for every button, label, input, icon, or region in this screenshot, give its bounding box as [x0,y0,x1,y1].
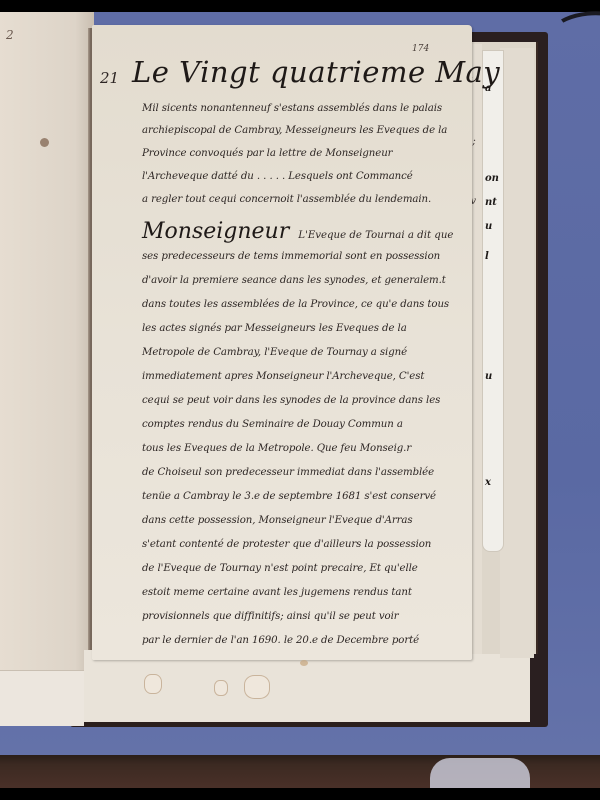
paper-damage [144,674,162,694]
left-page-corner-mark: 2 [6,28,14,42]
strip-fragment: u [485,221,492,232]
intro-line: Mil sicents nonantenneuf s'estans assemb… [142,103,442,114]
body-line: dans cette possession, Monseigneur l'Eve… [142,515,413,526]
stacked-page-right [500,48,534,658]
folio-number-right: 174 [412,44,429,54]
strip-fragment: nt [485,197,497,208]
body-line: tous les Eveques de la Metropole. Que fe… [142,443,411,454]
intro-line: archiepiscopal de Cambray, Messeigneurs … [142,125,447,136]
paper-damage [244,675,270,699]
paper-strip: a on nt u l u x [482,50,504,552]
intro-line: Province convoqués par la lettre de Mons… [142,148,392,159]
body-line: ses predecesseurs de tems immemorial son… [142,251,440,262]
cloth [430,758,530,788]
body-line: par le dernier de l'an 1690. le 20.e de … [142,635,419,646]
body-line: s'etant contenté de protester que d'aill… [142,539,431,550]
body-line: dans toutes les assemblées de la Provinc… [142,299,449,310]
manuscript-page: 21 174 Le Vingt quatrieme May Mil sicent… [92,25,472,660]
section-heading-rest: L'Eveque de Tournai a dit que [298,230,453,241]
strip-fragment: l [485,251,489,262]
foxing-stain [300,660,308,666]
intro-line: a regler tout cequi concernoit l'assembl… [142,194,431,205]
strip-fragment: x [485,477,491,488]
left-page: 2 [0,12,94,702]
paper-damage [214,680,228,696]
body-line: immediatement apres Monseigneur l'Archev… [142,371,424,382]
body-line: cequi se peut voir dans les synodes de l… [142,395,440,406]
strip-fragment: u [485,371,492,382]
left-page-bottom [0,670,90,726]
section-heading-title: Monseigneur [142,219,289,244]
date-heading: Le Vingt quatrieme May [132,55,472,89]
body-line: estoit meme certaine avant les jugemens … [142,587,412,598]
photo-frame-top [0,0,600,12]
body-line: Metropole de Cambray, l'Eveque de Tourna… [142,347,407,358]
body-line: provisionnels que diffinitifs; ainsi qu'… [142,611,399,622]
folio-number-left: 21 [100,69,119,87]
body-line: de l'Eveque de Tournay n'est point preca… [142,563,418,574]
strip-fragment: on [485,173,499,184]
ink-spot [40,138,49,147]
body-line: de Choiseul son predecesseur immediat da… [142,467,434,478]
body-line: tenüe a Cambray le 3.e de septembre 1681… [142,491,436,502]
body-line: comptes rendus du Seminaire de Douay Com… [142,419,403,430]
photo-frame-bottom [0,788,600,800]
section-heading: Monseigneur L'Eveque de Tournai a dit qu… [142,219,453,244]
body-line: d'avoir la premiere seance dans les syno… [142,275,446,286]
intro-line: l'Archeveque datté du . . . . . Lesquels… [142,171,413,182]
body-line: les actes signés par Messeigneurs les Ev… [142,323,407,334]
